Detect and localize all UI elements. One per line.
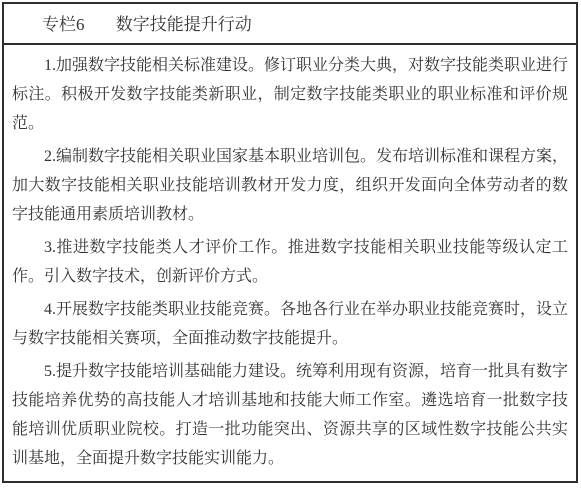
column-label: 专栏6 bbox=[42, 15, 85, 34]
column-body: 1.加强数字技能相关标准建设。修订职业分类大典，对数字技能类职业进行标注。积极开… bbox=[4, 45, 576, 481]
special-column-box: 专栏6 数字技能提升行动 1.加强数字技能相关标准建设。修订职业分类大典，对数字… bbox=[2, 2, 578, 483]
paragraph-3: 3.推进数字技能类人才评价工作。推进数字技能相关职业技能等级认定工作。引入数字技… bbox=[12, 233, 568, 291]
paragraph-4: 4.开展数字技能类职业技能竞赛。各地各行业在举办职业技能竞赛时，设立与数字技能相… bbox=[12, 295, 568, 353]
page: { "panel": { "header": { "label": "专栏6",… bbox=[0, 0, 581, 491]
paragraph-5: 5.提升数字技能培训基础能力建设。统筹利用现有资源，培育一批具有数字技能培养优势… bbox=[12, 357, 568, 473]
column-title: 数字技能提升行动 bbox=[116, 15, 252, 34]
paragraph-1: 1.加强数字技能相关标准建设。修订职业分类大典，对数字技能类职业进行标注。积极开… bbox=[12, 51, 568, 138]
paragraph-2: 2.编制数字技能相关职业国家基本职业培训包。发布培训标准和课程方案，加大数字技能… bbox=[12, 142, 568, 229]
column-header: 专栏6 数字技能提升行动 bbox=[4, 4, 576, 45]
